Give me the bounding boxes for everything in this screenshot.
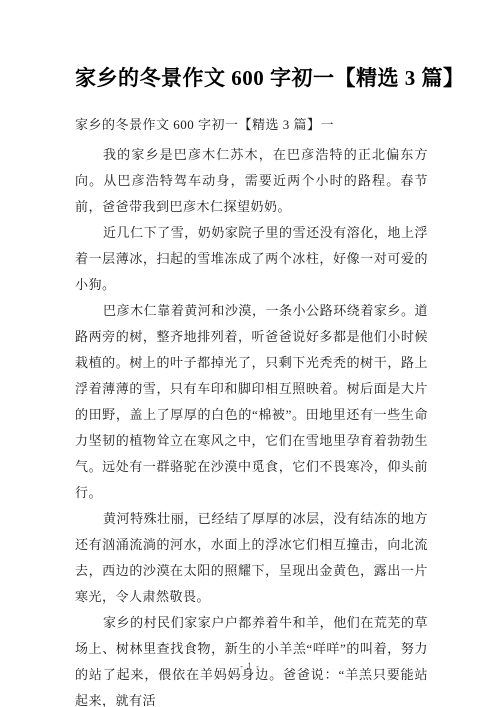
paragraph-1: 我的家乡是巴彦木仁苏木，在巴彦浩特的正北偏东方向。从巴彦浩特驾车动身，需要近两个… — [75, 142, 428, 220]
paragraph-3: 巴彦木仁靠着黄河和沙漠，一条小公路环绕着家乡。道路两旁的树，整齐地排列着，听爸爸… — [75, 298, 428, 506]
document-subtitle: 家乡的冬景作文 600 字初一【精选 3 篇】一 — [75, 112, 428, 138]
paragraph-5: 家乡的村民们家家户户都养着牛和羊，他们在荒芜的草场上、树林里查找食物，新生的小羊… — [75, 610, 428, 707]
page-number: - 1 - — [0, 661, 500, 671]
document-page: 家乡的冬景作文 600 字初一【精选 3 篇】 家乡的冬景作文 600 字初一【… — [0, 0, 500, 707]
paragraph-2: 近几仁下了雪，奶奶家院子里的雪还没有溶化，地上浮着一层薄冰，扫起的雪堆冻成了两个… — [75, 220, 428, 298]
paragraph-4: 黄河特殊壮丽，已经结了厚厚的冰层，没有结冻的地方还有汹涌流淌的河水，水面上的浮冰… — [75, 506, 428, 610]
document-title: 家乡的冬景作文 600 字初一【精选 3 篇】 — [75, 64, 428, 92]
